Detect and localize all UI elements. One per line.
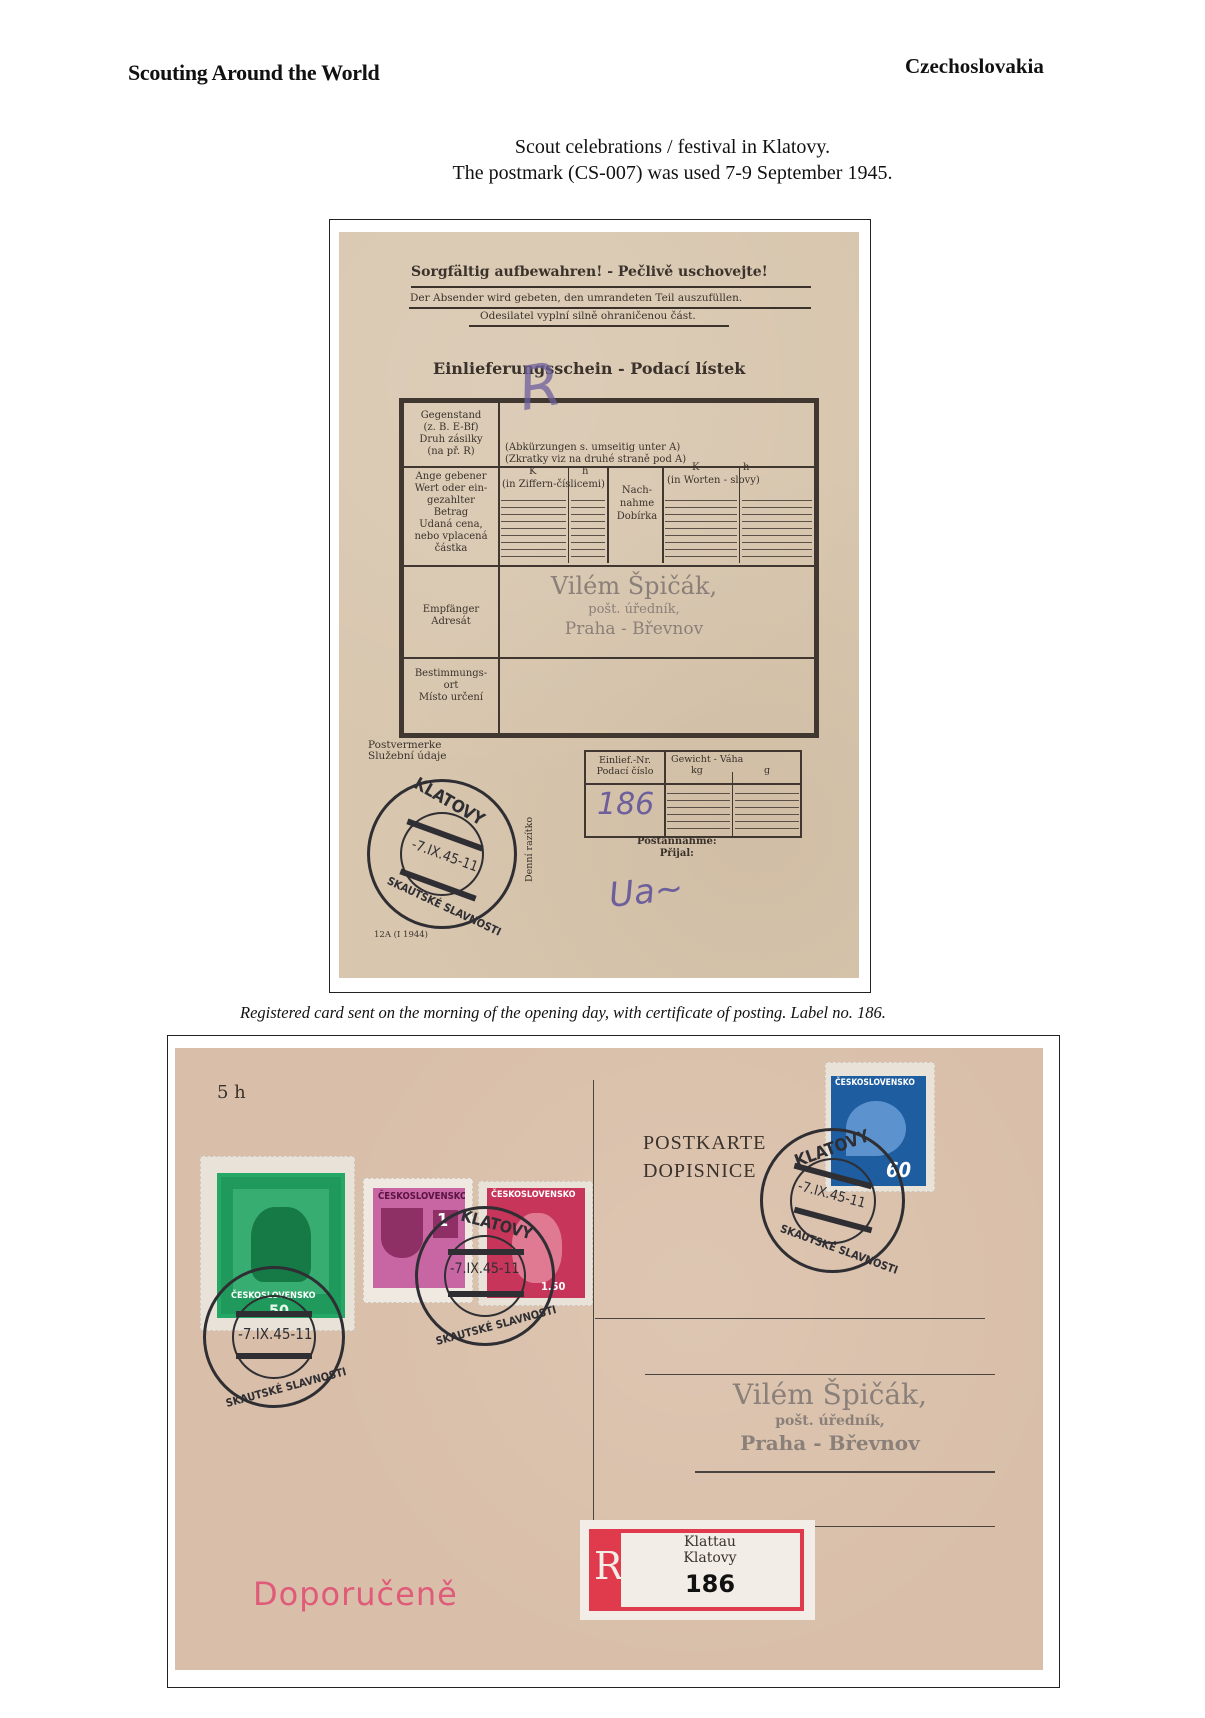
col-words-label: (in Worten - slovy) [667, 475, 760, 486]
instruction-de: Der Absender wird gebeten, den umrandete… [410, 292, 742, 304]
addressee-name: Vilém Špičák, [519, 572, 749, 600]
col-h-digits: h [582, 466, 588, 477]
cod-label: Nach-nahmeDobírka [611, 484, 663, 523]
item-type-label: Gegenstand(z. B. E-Bf)Druh zásilky(na př… [405, 410, 497, 458]
addressee-label: EmpfängerAdresát [405, 604, 497, 628]
doporucene-handstamp: Doporučeně [253, 1575, 458, 1613]
certificate-title: Einlieferungsschein - Podací lístek [433, 359, 745, 378]
imprinted-value: 5 h [217, 1082, 246, 1103]
col-k-digits: K [529, 466, 536, 477]
postcard-title-de: POSTKARTE [643, 1132, 766, 1155]
day-stamp-label: Denní razítko [524, 817, 535, 882]
registration-number-header: Einlief.-Nr.Podací číslo [587, 755, 663, 777]
klatovy-postmark-1: -7.IX.45-11 SKAUTSKÉ SLAVNOSTI [203, 1266, 345, 1408]
registration-label-number: 186 [625, 1570, 795, 1598]
clerk-signature: Ua~ [607, 868, 685, 916]
intro-line-1: Scout celebrations / festival in Klatovy… [70, 136, 1205, 159]
klatovy-postmark-2: KLATOVY -7.IX.45-11 SKAUTSKÉ SLAVNOSTI [415, 1206, 555, 1346]
address-divider [593, 1080, 594, 1550]
postal-notes-label: PostvermerkeSlužební údaje [368, 740, 446, 762]
col-h-words: h [743, 462, 749, 473]
weight-unit-g: g [764, 765, 770, 776]
card-addressee-title: pošt. úředník, [705, 1413, 955, 1429]
weight-header: Gewicht - Váha [671, 754, 743, 765]
destination-label: Bestimmungs-ortMísto určení [405, 668, 497, 704]
item-type-note: (Abkürzungen s. umseitig unter A)(Zkratk… [505, 442, 686, 466]
klatovy-postmark-3: KLATOVY -7.IX.45-11 SKAUTSKÉ SLAVNOSTI [760, 1128, 905, 1273]
addressee-city: Praha - Břevnov [519, 619, 749, 639]
handwritten-registration-number: 186 [597, 787, 654, 822]
col-k-words: K [692, 462, 699, 473]
card-addressee-city: Praha - Břevnov [705, 1431, 955, 1455]
card-addressee-name: Vilém Špičák, [705, 1378, 955, 1411]
certificate-heading: Sorgfältig aufbewahren! - Pečlivě uschov… [411, 264, 768, 280]
registration-label: R Klattau Klatovy 186 [580, 1520, 815, 1620]
declared-value-label: Ange gebenerWert oder ein-gezahlterBetra… [405, 471, 497, 555]
registered-postcard: 5 h POSTKARTE DOPISNICE Vilém Špičák, po… [175, 1048, 1043, 1670]
instruction-cz: Odesilatel vyplní silně ohraničenou část… [480, 310, 696, 322]
postcard-title-cz: DOPISNICE [643, 1160, 756, 1183]
weight-unit-kg: kg [691, 765, 703, 776]
received-by-label: Postannahme:Přijal: [637, 836, 717, 860]
col-digits-label: (in Ziffern-číslicemi) [502, 479, 605, 490]
album-title: Scouting Around the World [128, 60, 379, 86]
addressee-title: pošt. úředník, [519, 602, 749, 617]
card-caption: Registered card sent on the morning of t… [240, 1003, 886, 1023]
intro-line-2: The postmark (CS-007) was used 7-9 Septe… [70, 162, 1205, 185]
form-code: 12A (I 1944) [374, 930, 428, 940]
country-title: Czechoslovakia [905, 54, 1044, 79]
klatovy-postmark-certificate: KLATOVY -7.IX.45-11 SKAUTSKÉ SLAVNOSTI [367, 779, 517, 929]
certificate-of-posting: Sorgfältig aufbewahren! - Pečlivě uschov… [339, 232, 859, 978]
